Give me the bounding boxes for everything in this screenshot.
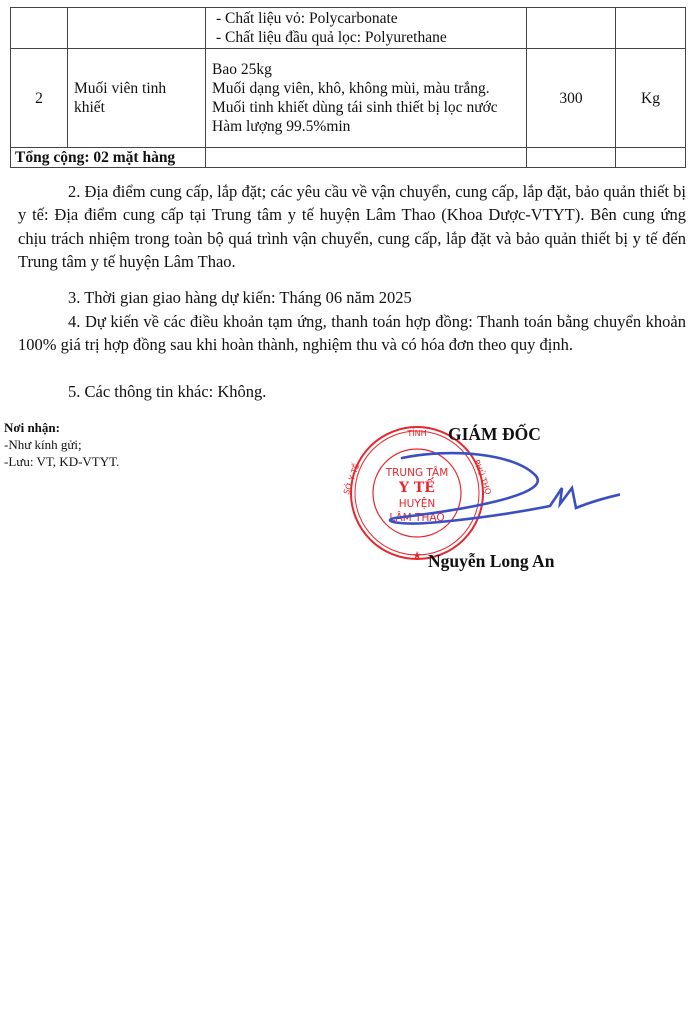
section-3-text: 3. Thời gian giao hàng dự kiến: Tháng 06… — [68, 288, 412, 307]
section-3: 3. Thời gian giao hàng dự kiến: Tháng 06… — [18, 286, 686, 309]
stamp-top-text: TỈNH — [406, 427, 426, 438]
section-2-text: 2. Địa điểm cung cấp, lắp đặt; các yêu c… — [18, 182, 686, 271]
table-total-row: Tổng cộng: 02 mặt hàng — [11, 148, 686, 168]
total-label: Tổng cộng: 02 mặt hàng — [11, 148, 206, 168]
recipient-item: -Như kính gửi; — [4, 436, 119, 453]
stamp-line1: TRUNG TÂM — [385, 466, 449, 479]
signer-name: Nguyễn Long An — [428, 551, 554, 572]
cell-empty — [206, 148, 527, 168]
goods-table: - Chất liệu vỏ: Polycarbonate - Chất liệ… — [10, 7, 686, 168]
stamp-right-text: PHÚ THỌ — [472, 458, 495, 496]
spec-line: - Chất liệu đầu quả lọc: Polyurethane — [216, 28, 520, 47]
spec-line: Muối dạng viên, khô, không mùi, màu trắn… — [212, 79, 520, 98]
stamp-line2: Y TẾ — [398, 476, 435, 496]
table-row: - Chất liệu vỏ: Polycarbonate - Chất liệ… — [11, 8, 686, 49]
cell-quantity — [527, 8, 616, 49]
recipient-item: -Lưu: VT, KD-VTYT. — [4, 453, 119, 470]
section-4: 4. Dự kiến về các điều khoản tạm ứng, th… — [18, 310, 686, 357]
spec-line: - Chất liệu vỏ: Polycarbonate — [216, 9, 520, 28]
recipients-block: Nơi nhận: -Như kính gửi; -Lưu: VT, KD-VT… — [4, 419, 119, 470]
cell-spec: Bao 25kg Muối dạng viên, khô, không mùi,… — [206, 49, 527, 148]
cell-stt: 2 — [11, 49, 68, 148]
section-5: 5. Các thông tin khác: Không. — [18, 380, 686, 403]
cell-spec: - Chất liệu vỏ: Polycarbonate - Chất liệ… — [206, 8, 527, 49]
section-5-text: 5. Các thông tin khác: Không. — [68, 382, 266, 401]
stamp-left-text: SỞ Y TẾ — [340, 461, 362, 496]
recipients-title: Nơi nhận: — [4, 419, 119, 436]
cell-unit: Kg — [616, 49, 686, 148]
cell-name: Muối viên tinh khiết — [68, 49, 206, 148]
cell-unit — [616, 8, 686, 49]
spec-line: Muối tinh khiết dùng tái sinh thiết bị l… — [212, 98, 520, 117]
section-2: 2. Địa điểm cung cấp, lắp đặt; các yêu c… — [18, 180, 686, 273]
spec-line: Hàm lượng 99.5%min — [212, 117, 520, 136]
cell-quantity: 300 — [527, 49, 616, 148]
cell-stt — [11, 8, 68, 49]
section-4-text: 4. Dự kiến về các điều khoản tạm ứng, th… — [18, 312, 686, 354]
table-row: 2 Muối viên tinh khiết Bao 25kg Muối dạn… — [11, 49, 686, 148]
svg-text:★: ★ — [412, 549, 422, 562]
cell-name — [68, 8, 206, 49]
signer-position: GIÁM ĐỐC — [448, 424, 541, 445]
spec-line: Bao 25kg — [212, 60, 520, 79]
cell-empty — [616, 148, 686, 168]
cell-empty — [527, 148, 616, 168]
stamp-line3: HUYỆN — [399, 497, 435, 510]
